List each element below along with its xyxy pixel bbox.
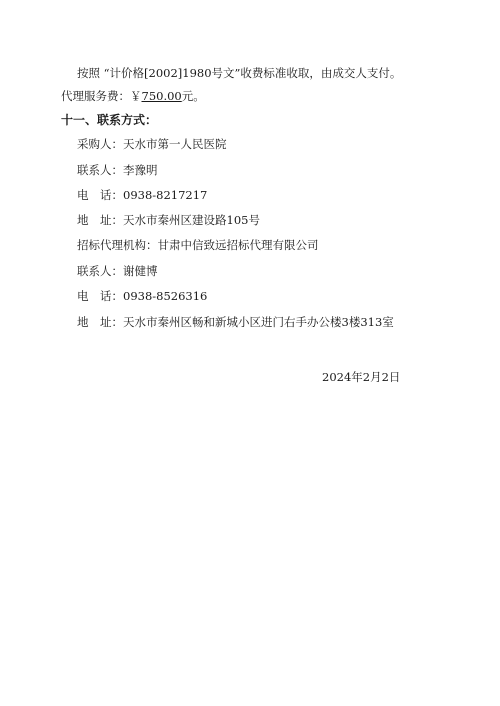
agency-name: 甘肃中信致远招标代理有限公司 xyxy=(158,238,319,252)
purchaser-phone-label: 电 话： xyxy=(77,188,123,202)
purchaser-contact-line: 联系人：李豫明 xyxy=(77,163,158,177)
purchaser-label: 采购人： xyxy=(77,137,123,151)
purchaser-name: 天水市第一人民医院 xyxy=(123,137,227,151)
agency-address-label: 地 址： xyxy=(77,315,123,329)
agency-address: 天水市秦州区畅和新城小区进门右手办公楼3楼313室 xyxy=(123,315,394,329)
agency-name-line: 招标代理机构：甘肃中信致远招标代理有限公司 xyxy=(77,238,319,252)
agency-contact-line: 联系人：谢健博 xyxy=(77,264,158,278)
document-date: 2024年2月2日 xyxy=(322,370,400,384)
fee-standard-note: 按照 “计价格[2002]1980号文”收费标准收取，由成交人支付。 xyxy=(77,66,401,80)
purchaser-phone: 0938-8217217 xyxy=(123,188,207,202)
purchaser-address-line: 地 址：天水市秦州区建设路105号 xyxy=(77,213,260,227)
agency-contact-name: 谢健博 xyxy=(123,264,158,278)
purchaser-address-label: 地 址： xyxy=(77,213,123,227)
agency-fee-unit: 元。 xyxy=(182,89,205,103)
agency-phone-line: 电 话：0938-8526316 xyxy=(77,289,207,303)
purchaser-name-line: 采购人：天水市第一人民医院 xyxy=(77,137,227,151)
purchaser-phone-line: 电 话：0938-8217217 xyxy=(77,188,207,202)
agency-address-line: 地 址：天水市秦州区畅和新城小区进门右手办公楼3楼313室 xyxy=(77,315,394,329)
section-heading-contact: 十一、联系方式： xyxy=(61,113,157,127)
purchaser-contact-label: 联系人： xyxy=(77,163,123,177)
fee-standard-text: 按照 “计价格[2002]1980号文”收费标准收取，由成交人支付。 xyxy=(77,66,401,80)
agency-fee-amount: 750.00 xyxy=(142,89,182,103)
purchaser-address: 天水市秦州区建设路105号 xyxy=(123,213,260,227)
agency-phone: 0938-8526316 xyxy=(123,289,207,303)
agency-contact-label: 联系人： xyxy=(77,264,123,278)
agency-label: 招标代理机构： xyxy=(77,238,158,252)
agency-phone-label: 电 话： xyxy=(77,289,123,303)
agency-fee-label: 代理服务费：￥ xyxy=(61,89,142,103)
purchaser-contact-name: 李豫明 xyxy=(123,163,158,177)
agency-fee-line: 代理服务费：￥750.00元。 xyxy=(61,89,205,103)
